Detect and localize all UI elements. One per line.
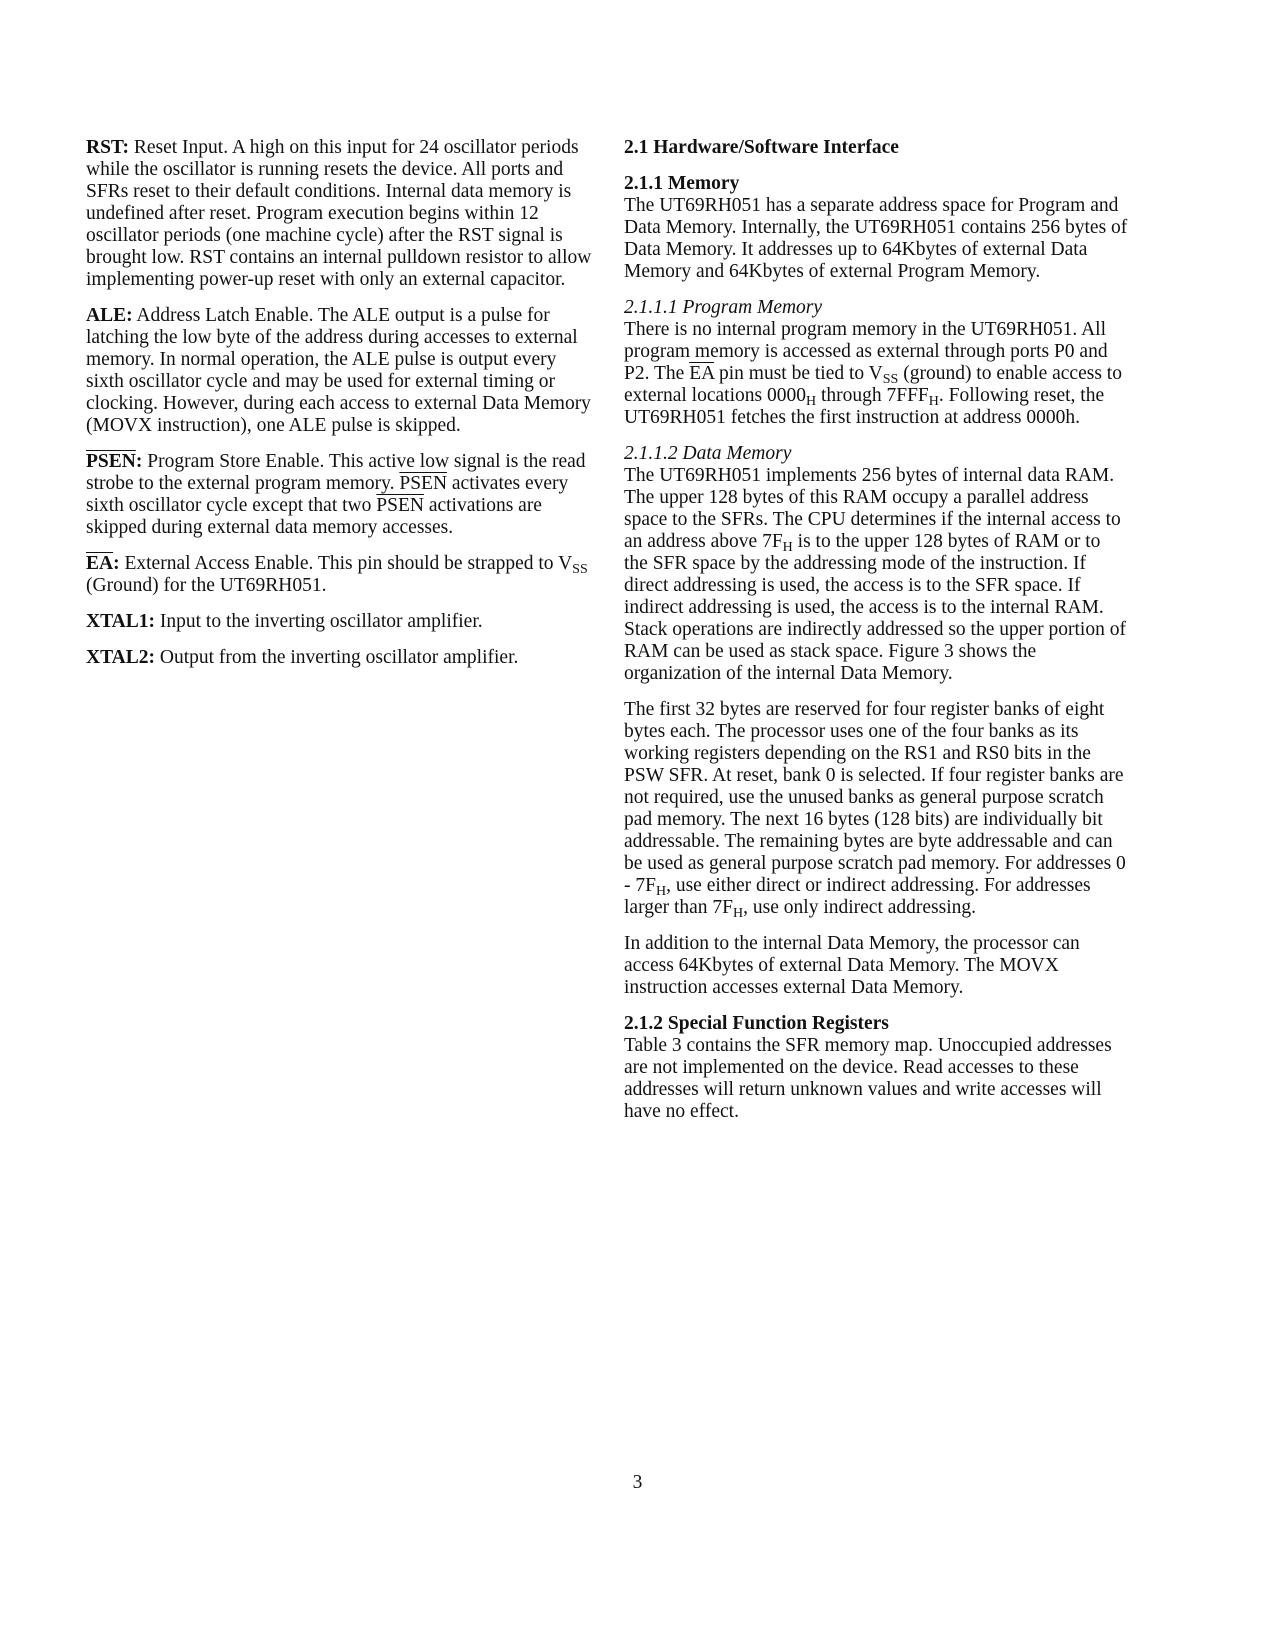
external-data-paragraph: In addition to the internal Data Memory,… <box>624 933 1128 999</box>
rb-text-1: The first 32 bytes are reserved for four… <box>624 699 1126 896</box>
rb-text-3: , use only indirect addressing. <box>743 897 976 918</box>
psen-signal-2: PSEN <box>376 495 424 516</box>
xtal1-text: Input to the inverting oscillator amplif… <box>155 611 483 632</box>
memory-heading: 2.1.1 Memory <box>624 173 1128 195</box>
program-memory-heading: 2.1.1.1 Program Memory <box>624 297 1128 319</box>
data-memory-text: The UT69RH051 implements 256 bytes of in… <box>624 465 1128 685</box>
right-column: 2.1 Hardware/Software Interface 2.1.1 Me… <box>624 137 1128 1137</box>
rst-text: Reset Input. A high on this input for 24… <box>86 137 591 290</box>
ea-term: EA <box>86 553 113 574</box>
data-memory-heading: 2.1.1.2 Data Memory <box>624 443 1128 465</box>
register-banks-paragraph: The first 32 bytes are reserved for four… <box>624 699 1128 919</box>
pm-text-2: pin must be tied to V <box>714 363 883 384</box>
memory-text: The UT69RH051 has a separate address spa… <box>624 195 1128 283</box>
rst-description: RST: Reset Input. A high on this input f… <box>86 137 594 291</box>
left-column: RST: Reset Input. A high on this input f… <box>86 137 594 683</box>
ale-text: Address Latch Enable. The ALE output is … <box>86 305 591 436</box>
rst-term: RST: <box>86 137 129 158</box>
xtal2-term: XTAL2: <box>86 647 155 668</box>
program-memory-section: 2.1.1.1 Program Memory There is no inter… <box>624 297 1128 429</box>
data-memory-section: 2.1.1.2 Data Memory The UT69RH051 implem… <box>624 443 1128 685</box>
sfr-heading: 2.1.2 Special Function Registers <box>624 1013 1128 1035</box>
xtal1-term: XTAL1: <box>86 611 155 632</box>
ea-text-1: External Access Enable. This pin should … <box>120 553 573 574</box>
ale-description: ALE: Address Latch Enable. The ALE outpu… <box>86 305 594 437</box>
pm-text-4: through 7FFF <box>816 385 929 406</box>
xtal2-description: XTAL2: Output from the inverting oscilla… <box>86 647 594 669</box>
rb-sub-2: H <box>733 906 743 921</box>
xtal1-description: XTAL1: Input to the inverting oscillator… <box>86 611 594 633</box>
ea-text-2: (Ground) for the UT69RH051. <box>86 575 326 596</box>
ale-term: ALE: <box>86 305 133 326</box>
ea-description: EA: External Access Enable. This pin sho… <box>86 553 594 597</box>
page-number: 3 <box>0 1472 1275 1494</box>
ea-subscript: SS <box>572 562 588 577</box>
psen-term: PSEN <box>86 451 136 472</box>
pm-ea-signal: EA <box>689 363 714 384</box>
dm-text-2: is to the upper 128 bytes of RAM or to t… <box>624 531 1126 684</box>
psen-signal-1: PSEN <box>399 473 447 494</box>
section-title: 2.1 Hardware/Software Interface <box>624 137 1128 159</box>
psen-description: PSEN: Program Store Enable. This active … <box>86 451 594 539</box>
sfr-text: Table 3 contains the SFR memory map. Uno… <box>624 1035 1128 1123</box>
xtal2-text: Output from the inverting oscillator amp… <box>155 647 518 668</box>
sfr-section: 2.1.2 Special Function Registers Table 3… <box>624 1013 1128 1123</box>
program-memory-text: There is no internal program memory in t… <box>624 319 1128 429</box>
memory-section: 2.1.1 Memory The UT69RH051 has a separat… <box>624 173 1128 283</box>
